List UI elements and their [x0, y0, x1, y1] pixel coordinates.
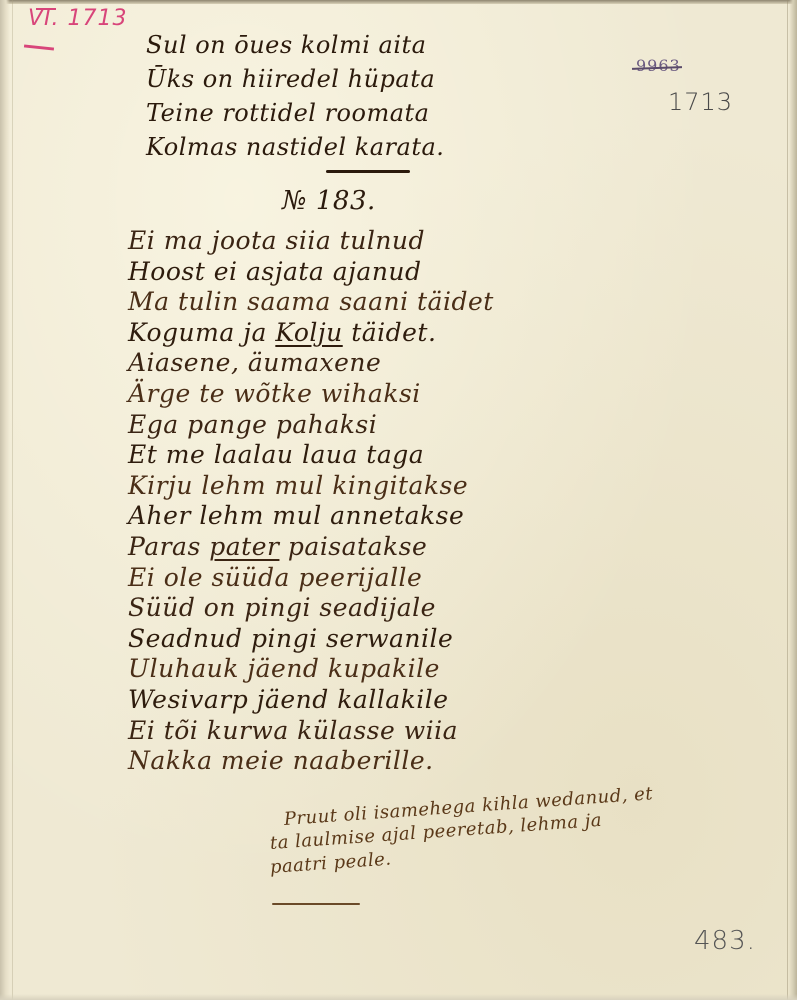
verse-line: Kirju lehm mul kingitakse	[128, 471, 494, 502]
verse-line: Ūks on hiiredel hüpata	[146, 62, 444, 96]
verse-line: Nakka meie naaberille.	[128, 746, 494, 777]
page-number: 483.	[694, 926, 756, 956]
verse-line: Paras pater paisatakse	[128, 532, 494, 563]
verse-line: Sul on ōues kolmi aita	[146, 28, 444, 62]
page-edge-line	[787, 0, 788, 1000]
underlined-word: pater	[209, 532, 279, 561]
song-number: № 183.	[282, 186, 376, 216]
footnote-divider	[272, 903, 360, 905]
verse-main: Ei ma joota siia tulnud Hoost ei asjata …	[128, 226, 494, 777]
verse-line: Süüd on pingi seadijale	[128, 593, 494, 624]
page-edge-bottom	[0, 994, 797, 1000]
verse-line: Ega pange pahaksi	[128, 410, 494, 441]
verse-text: Koguma ja	[128, 318, 267, 347]
verse-line: Koguma ja Kolju täidet.	[128, 318, 494, 349]
footnote: Pruut oli isamehega kihla wedanud, et ta…	[270, 808, 654, 880]
verse-line: Teine rottidel roomata	[146, 96, 444, 130]
struck-catalog-number: 9963	[636, 56, 681, 75]
section-divider	[326, 170, 410, 173]
catalog-number: 1713	[668, 88, 733, 116]
underlined-word: Kolju	[275, 318, 342, 347]
verse-text: täidet.	[351, 318, 436, 347]
verse-line: Aiasene, äumaxene	[128, 348, 494, 379]
verse-line: Kolmas nastidel karata.	[146, 130, 444, 164]
archive-mark-underline	[24, 44, 54, 50]
verse-line: Ma tulin saama saani täidet	[128, 287, 494, 318]
archive-mark-overline	[36, 8, 56, 10]
verse-line: Seadnud pingi serwanile	[128, 624, 494, 655]
verse-line: Et me laalau laua taga	[128, 440, 494, 471]
verse-line: Ärge te wõtke wihaksi	[128, 379, 494, 410]
verse-line: Ei ma joota siia tulnud	[128, 226, 494, 257]
verse-line: Ei tõi kurwa külasse wiia	[128, 716, 494, 747]
verse-top: Sul on ōues kolmi aita Ūks on hiiredel h…	[146, 28, 444, 164]
manuscript-page: VI. 1713 9963 1713 Sul on ōues kolmi ait…	[0, 0, 797, 1000]
verse-line: Uluhauk jäend kupakile	[128, 654, 494, 685]
page-edge-top	[0, 0, 797, 4]
verse-line: Aher lehm mul annetakse	[128, 501, 494, 532]
verse-line: Wesivarp jäend kallakile	[128, 685, 494, 716]
verse-text: Paras	[128, 532, 201, 561]
page-edge-right	[789, 0, 797, 1000]
archive-mark: VI. 1713	[28, 6, 128, 31]
page-fold-line	[12, 0, 13, 1000]
verse-line: Hoost ei asjata ajanud	[128, 257, 494, 288]
page-edge-left	[0, 0, 10, 1000]
verse-text: paisatakse	[288, 532, 427, 561]
verse-line: Ei ole süüda peerijalle	[128, 563, 494, 594]
